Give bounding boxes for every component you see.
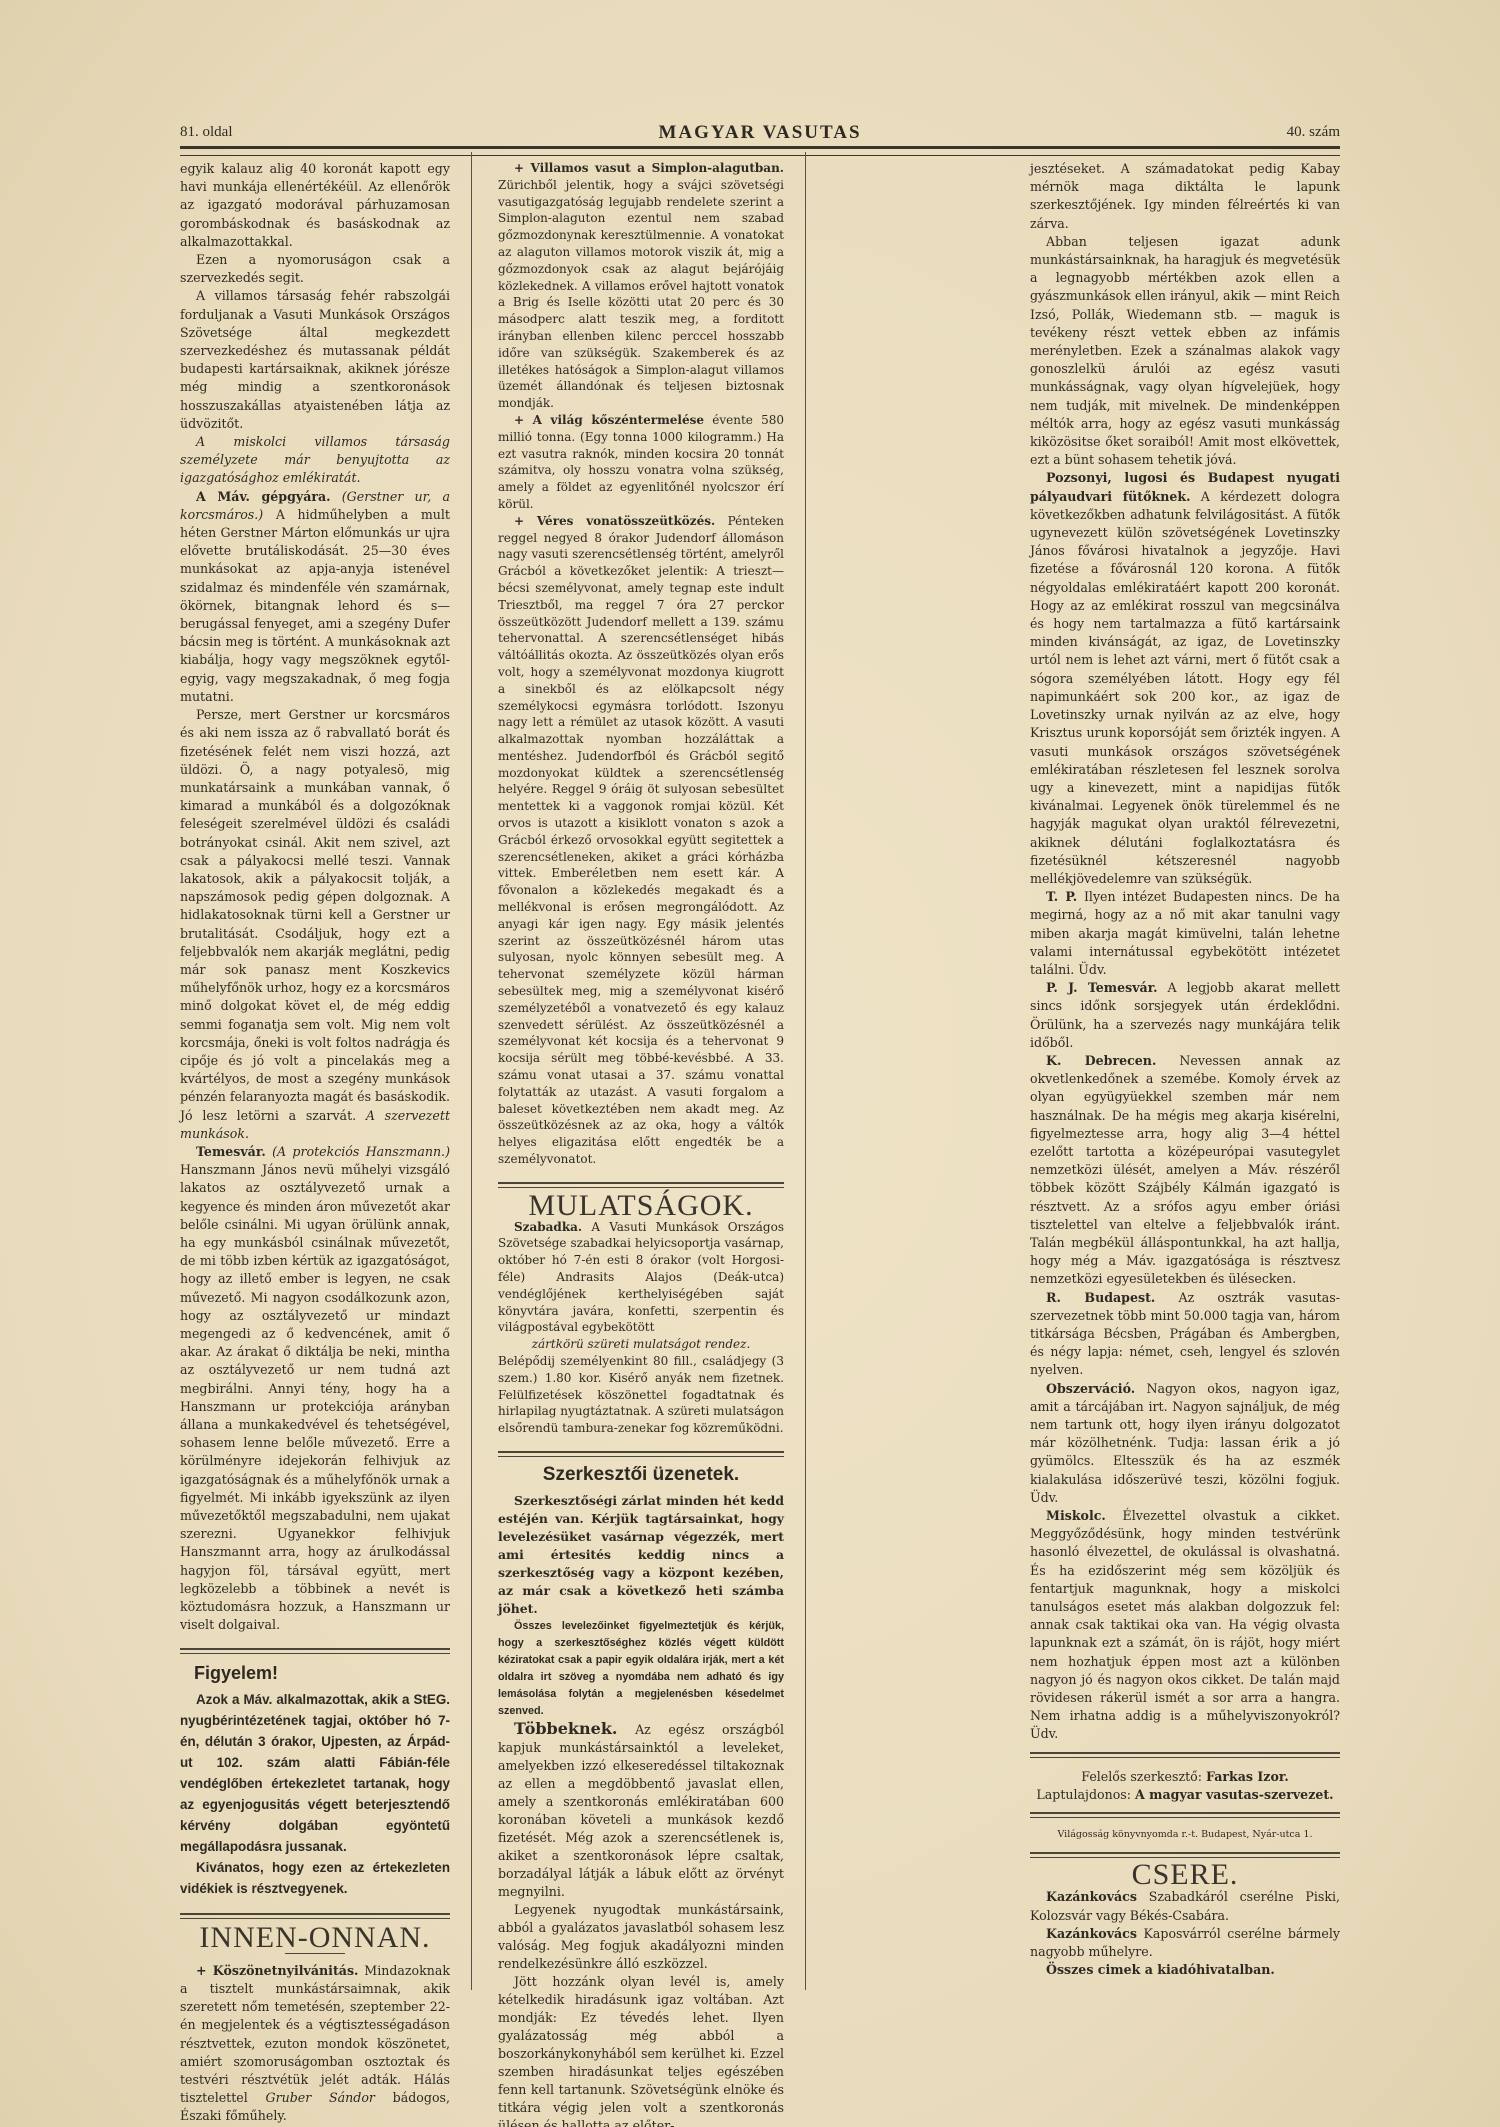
- section-divider: [498, 1182, 784, 1188]
- section-divider: [498, 1451, 784, 1457]
- article-heading: A Máv. gépgyára.: [196, 489, 331, 504]
- paragraph: Jött hozzánk olyan levél is, amely kétel…: [498, 1973, 784, 2127]
- article-mav-gepgyar: A Máv. gépgyára. (Gerstner ur, a korcsmá…: [180, 488, 450, 706]
- article-heading: K. Debrecen.: [1046, 1053, 1156, 1068]
- paragraph: Belépődij személyenkint 80 fill., család…: [498, 1353, 784, 1437]
- article-heading: P. J. Temesvár.: [1046, 980, 1158, 995]
- imprint-divider: [1030, 1812, 1340, 1818]
- owner-line: Laptulajdonos: A magyar vasutas-szerveze…: [1030, 1786, 1340, 1804]
- article-osszeutkozes: + Véres vonatösszeütközés. Pénteken regg…: [498, 513, 784, 1168]
- reply-debrecen: K. Debrecen. Nevessen annak az okvetlenk…: [1030, 1052, 1340, 1289]
- article-heading: + A világ kőszéntermelése: [514, 413, 704, 427]
- notice-title: Figyelem!: [194, 1664, 450, 1682]
- section-title-szerkesztoi: Szerkesztői üzenetek.: [498, 1467, 784, 1484]
- classified-2: Kazánkovács Kaposvárról cserélne bármely…: [1030, 1925, 1340, 1961]
- paragraph: jesztéseket. A számadatokat pedig Kabay …: [1030, 160, 1340, 233]
- article-tobbeknek: Többeknek. Az egész országból kapjuk mun…: [498, 1720, 784, 1901]
- section-divider: [180, 1913, 450, 1919]
- editor-line: Felelős szerkesztő: Farkas Izor.: [1030, 1768, 1340, 1786]
- paragraph: A miskolci villamos társaság személyzete…: [180, 433, 450, 488]
- section-divider: [1030, 1752, 1340, 1758]
- column-divider: [805, 152, 806, 1990]
- article-temesvar: Temesvár. (A protekciós Hanszmann.) Hans…: [180, 1143, 450, 1634]
- article-heading: Többeknek.: [514, 1719, 617, 1738]
- article-simplon: + Villamos vasut a Simplon-alagutban. Zü…: [498, 160, 784, 412]
- article-szabadka: Szabadka. A Vasuti Munkások Országos Szö…: [498, 1219, 784, 1337]
- printer-line: Világosság könyvnyomda r.-t. Budapest, N…: [1030, 1826, 1340, 1844]
- section-title-innen-onnan: INNEN-ONNAN.: [180, 1929, 450, 1947]
- section-divider: [180, 1648, 450, 1654]
- paragraph: Legyenek nyugodtak munkástársaink, abból…: [498, 1901, 784, 1973]
- reply-budapest: R. Budapest. Az osztrák vasutas-szerveze…: [1030, 1289, 1340, 1380]
- reply-futok: Pozsonyi, lugosi és Budapest nyugati pál…: [1030, 469, 1340, 888]
- article-heading: Szabadka.: [514, 1220, 582, 1234]
- imprint: Felelős szerkesztő: Farkas Izor. Laptula…: [1030, 1768, 1340, 1859]
- paragraph: Kivánatos, hogy ezen az értekezleten vid…: [180, 1857, 450, 1899]
- column-divider: [471, 152, 472, 1990]
- paragraph: Ezen a nyomoruságon csak a szervezkedés …: [180, 251, 450, 287]
- issue-number: 40. szám: [1287, 124, 1340, 141]
- section-title-csere: CSERE.: [1030, 1866, 1340, 1884]
- reply-tp: T. P. Ilyen intézet Budapesten nincs. De…: [1030, 888, 1340, 979]
- paragraph: egyik kalauz alig 40 koronát kapott egy …: [180, 160, 450, 251]
- article-heading: Miskolc.: [1046, 1508, 1106, 1523]
- newspaper-page: 81. oldal MAGYAR VASUTAS 40. szám egyik …: [0, 0, 1500, 2127]
- paragraph: Persze, mert Gerstner ur korcsmáros és a…: [180, 706, 450, 1143]
- column-2: + Villamos vasut a Simplon-alagutban. Zü…: [498, 160, 784, 2127]
- article-heading: R. Budapest.: [1046, 1290, 1155, 1305]
- event-line: zártkörü szüreti mulatságot rendez.: [498, 1336, 784, 1353]
- reply-miskolc: Miskolc. Élvezettel olvastuk a cikket. M…: [1030, 1507, 1340, 1744]
- article-heading: + Villamos vasut a Simplon-alagutban.: [514, 161, 784, 175]
- paragraph: Azok a Máv. alkalmazottak, akik a StEG. …: [180, 1689, 450, 1857]
- notice-figyelem: Figyelem! Azok a Máv. alkalmazottak, aki…: [180, 1664, 450, 1898]
- column-1: egyik kalauz alig 40 koronát kapott egy …: [180, 160, 450, 2126]
- correspondents-notice: Összes levelezőinket figyelmeztetjük és …: [498, 1618, 784, 1720]
- article-heading: T. P.: [1046, 889, 1077, 904]
- article-heading: + Köszönetnyilvánitás.: [196, 1963, 358, 1978]
- article-heading: Temesvár.: [196, 1144, 266, 1159]
- article-koszonet: + Köszönetnyilvánitás. Mindazoknak a tis…: [180, 1962, 450, 2126]
- section-title-mulatsagok: MULATSÁGOK.: [498, 1198, 784, 1215]
- article-heading: + Véres vonatösszeütközés.: [514, 514, 715, 528]
- paragraph: A villamos társaság fehér rabszolgái for…: [180, 287, 450, 433]
- article-heading: Obszerváció.: [1046, 1381, 1135, 1396]
- reply-obszervacio: Obszerváció. Nagyon okos, nagyon igaz, a…: [1030, 1380, 1340, 1507]
- editorial-deadline: Szerkesztőségi zárlat minden hét kedd es…: [498, 1492, 784, 1618]
- classified-1: Kazánkovács Szabadkáról cserélne Piski, …: [1030, 1888, 1340, 1924]
- article-koszen: + A világ kőszéntermelése évente 580 mil…: [498, 412, 784, 513]
- paragraph: Abban teljesen igazat adunk munkástársai…: [1030, 233, 1340, 470]
- masthead-title: MAGYAR VASUTAS: [180, 122, 1340, 144]
- reply-temesvar: P. J. Temesvár. A legjobb akarat mellett…: [1030, 979, 1340, 1052]
- classified-footer: Összes cimek a kiadóhivatalban.: [1030, 1961, 1340, 1979]
- column-3: jesztéseket. A számadatokat pedig Kabay …: [1030, 160, 1340, 1980]
- header-rule: [180, 146, 1340, 156]
